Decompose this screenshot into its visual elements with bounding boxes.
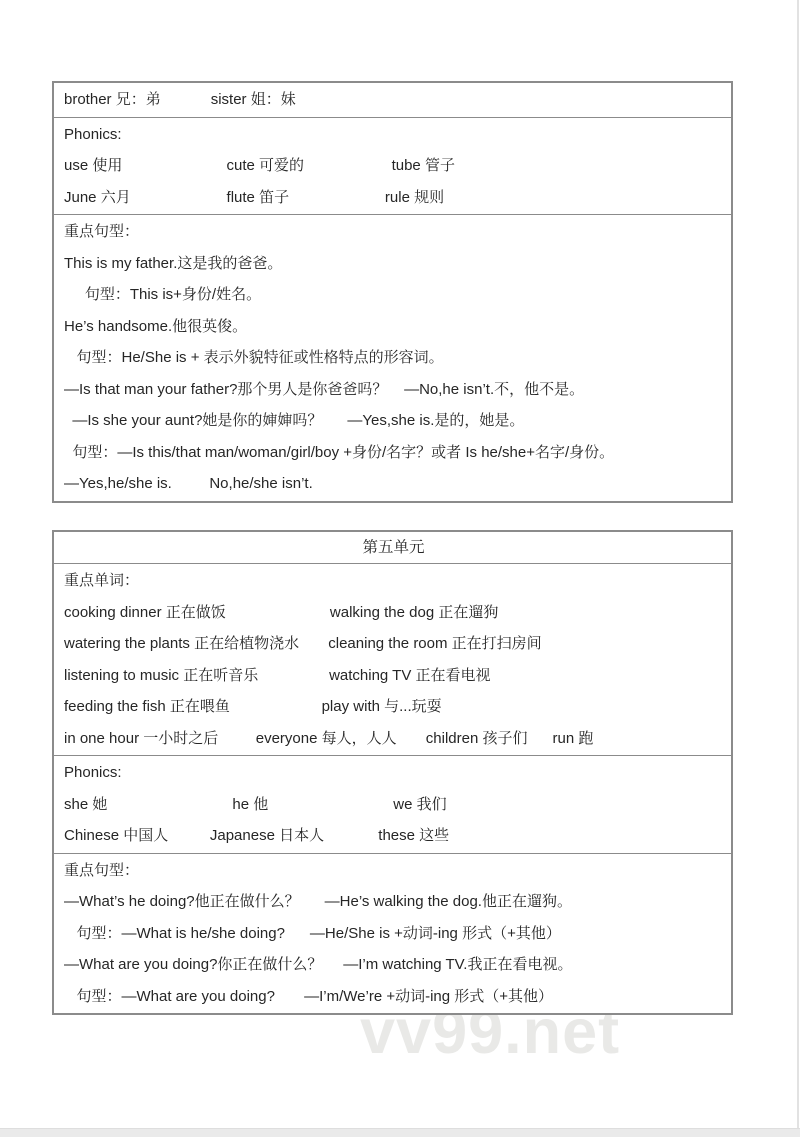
text-line: Phonics: xyxy=(64,119,723,151)
text-line: 句型：—What are you doing? —I’m/We’re +动词-i… xyxy=(64,981,723,1013)
text-line: Phonics: xyxy=(64,757,723,789)
text-line: —Is she your aunt?她是你的婶婶吗？ —Yes,she is.是… xyxy=(64,405,723,437)
section-phonics: Phonics:she 她 he 他 we 我们Chinese 中国人 Japa… xyxy=(54,755,731,853)
section-sentence-patterns: 重点句型：—What’s he doing?他正在做什么？ —He’s walk… xyxy=(54,853,731,1014)
text-line: brother 兄：弟 sister 姐：妹 xyxy=(64,84,723,116)
section-phonics: Phonics:use 使用 cute 可爱的 tube 管子June 六月 f… xyxy=(54,117,731,215)
text-line: 重点句型： xyxy=(64,855,723,887)
section-sentence-patterns: 重点句型：This is my father.这是我的爸爸。 句型：This i… xyxy=(54,214,731,501)
text-line: —What’s he doing?他正在做什么？ —He’s walking t… xyxy=(64,886,723,918)
page-right-edge xyxy=(797,0,799,1137)
text-line: This is my father.这是我的爸爸。 xyxy=(64,248,723,280)
section-words: brother 兄：弟 sister 姐：妹 xyxy=(54,83,731,117)
text-line: 句型：—Is this/that man/woman/girl/boy +身份/… xyxy=(64,437,723,469)
study-table-unit5: 第五单元 重点单词：cooking dinner 正在做饭 walking th… xyxy=(52,530,733,1015)
text-line: in one hour 一小时之后 everyone 每人，人人 childre… xyxy=(64,723,723,755)
text-line: cooking dinner 正在做饭 walking the dog 正在遛狗 xyxy=(64,597,723,629)
text-line: use 使用 cute 可爱的 tube 管子 xyxy=(64,150,723,182)
document-page: vv99.net brother 兄：弟 sister 姐：妹 Phonics:… xyxy=(0,0,800,1137)
text-line: 句型：This is+身份/姓名。 xyxy=(64,279,723,311)
text-line: —Yes,he/she is. No,he/she isn’t. xyxy=(64,468,723,500)
text-line: June 六月 flute 笛子 rule 规则 xyxy=(64,182,723,214)
text-line: —What are you doing?你正在做什么？ —I’m watchin… xyxy=(64,949,723,981)
text-line: He’s handsome.他很英俊。 xyxy=(64,311,723,343)
bottom-bar xyxy=(0,1128,800,1137)
unit-header: 第五单元 xyxy=(54,532,731,563)
study-table-unit4: brother 兄：弟 sister 姐：妹 Phonics:use 使用 cu… xyxy=(52,81,733,503)
text-line: Chinese 中国人 Japanese 日本人 these 这些 xyxy=(64,820,723,852)
text-line: she 她 he 他 we 我们 xyxy=(64,789,723,821)
text-line: watering the plants 正在给植物浇水 cleaning the… xyxy=(64,628,723,660)
text-line: 重点单词： xyxy=(64,565,723,597)
text-line: feeding the fish 正在喂鱼 play with 与...玩耍 xyxy=(64,691,723,723)
text-line: 重点句型： xyxy=(64,216,723,248)
section-key-words: 重点单词：cooking dinner 正在做饭 walking the dog… xyxy=(54,563,731,755)
text-line: —Is that man your father?那个男人是你爸爸吗？ —No,… xyxy=(64,374,723,406)
unit-title: 第五单元 xyxy=(64,533,723,562)
text-line: 句型：He/She is + 表示外貌特征或性格特点的形容词。 xyxy=(64,342,723,374)
text-line: 句型：—What is he/she doing? —He/She is +动词… xyxy=(64,918,723,950)
text-line: listening to music 正在听音乐 watching TV 正在看… xyxy=(64,660,723,692)
